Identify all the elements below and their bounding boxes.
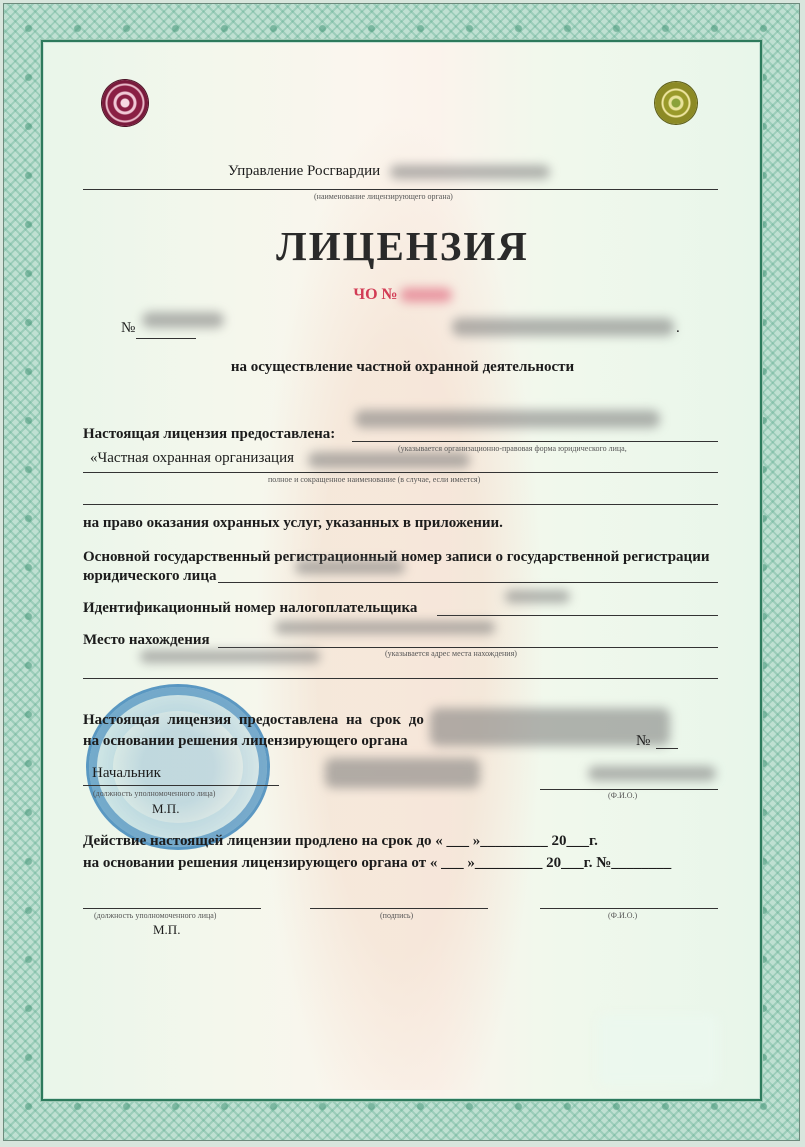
signer-fio-hint: (Ф.И.О.): [608, 791, 637, 800]
bottom-stamp-place: М.П.: [153, 922, 180, 938]
extension-line1: Действие настоящей лицензии продлено на …: [83, 833, 598, 850]
signer-position-underline: [83, 785, 279, 786]
authority-label: Управление Росгвардии: [228, 163, 380, 180]
address-label: Место нахождения: [83, 632, 210, 649]
redacted-inn: [505, 590, 570, 603]
bottom-fio-underline: [540, 908, 718, 909]
date-trailing: .: [676, 320, 680, 337]
rosette-emblem-left-icon: [102, 80, 148, 126]
redacted-address-line1: [275, 621, 495, 634]
stamp-place: М.П.: [152, 801, 179, 817]
org-name-prefix: «Частная охранная организация: [90, 450, 294, 467]
signer-title: Начальник: [92, 765, 161, 782]
redacted-org-form: [355, 410, 660, 428]
org-name-underline: [83, 472, 718, 473]
org-name-underline-2: [83, 504, 718, 505]
subtitle: на осуществление частной охранной деятел…: [0, 359, 805, 376]
redacted-address-line2: [140, 650, 320, 663]
bottom-signature-hint: (подпись): [380, 911, 413, 920]
term-label: Настоящая лицензия предоставлена на срок…: [83, 712, 424, 729]
bottom-fio-hint: (Ф.И.О.): [608, 911, 637, 920]
basis-number-label: №: [636, 733, 650, 750]
address-underline: [218, 647, 718, 648]
ogrn-underline: [218, 582, 718, 583]
bottom-position-underline: [83, 908, 261, 909]
redacted-issue-date: [452, 318, 674, 336]
license-number-prefix: №: [121, 320, 135, 337]
redacted-corner-code: [598, 1015, 718, 1085]
redacted-license-number: [142, 312, 224, 328]
extension-line2: на основании решения лицензирующего орга…: [83, 855, 671, 872]
redacted-term-and-basis: [430, 708, 670, 746]
org-name-hint: полное и сокращенное наименование (в слу…: [268, 475, 480, 484]
basis-label: на основании решения лицензирующего орга…: [83, 733, 408, 750]
redacted-org-name: [308, 452, 470, 468]
license-number-underline: [136, 338, 196, 339]
signer-position-hint: (должность уполномоченного лица): [93, 789, 215, 798]
redacted-ogrn: [295, 560, 405, 574]
inn-label: Идентификационный номер налогоплательщик…: [83, 600, 417, 617]
granted-to-label: Настоящая лицензия предоставлена:: [83, 426, 335, 443]
basis-number-underline: [656, 748, 678, 749]
right-text: на право оказания охранных услуг, указан…: [83, 515, 503, 532]
address-hint: (указывается адрес места нахождения): [385, 649, 517, 658]
redacted-signature: [325, 758, 480, 788]
address-underline-2: [83, 678, 718, 679]
bottom-signature-underline: [310, 908, 488, 909]
redacted-authority-region: [390, 165, 550, 179]
authority-hint: (наименование лицензирующего органа): [314, 192, 453, 201]
bottom-position-hint: (должность уполномоченного лица): [94, 911, 216, 920]
granted-to-underline: [352, 441, 718, 442]
redacted-series-number: [400, 288, 452, 302]
redacted-signer-fio: [588, 766, 716, 781]
series-number: ЧО №: [0, 286, 805, 304]
inn-underline: [437, 615, 718, 616]
signer-fio-underline: [540, 789, 718, 790]
authority-underline: [83, 189, 718, 190]
series-prefix: ЧО №: [353, 286, 397, 303]
document-title: ЛИЦЕНЗИЯ: [0, 222, 805, 270]
ogrn-label-line2: юридического лица: [83, 568, 216, 585]
rosette-emblem-right-icon: [655, 82, 697, 124]
